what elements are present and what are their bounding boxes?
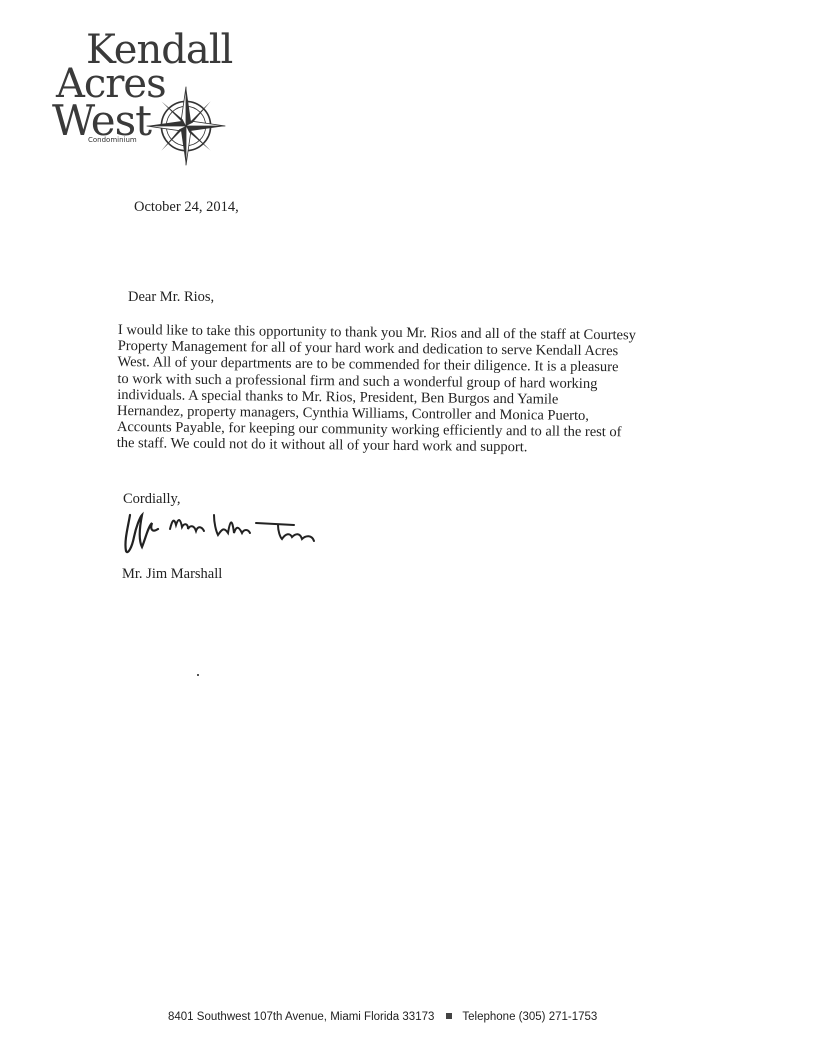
letter-page: Kendall Acres West Condominium October 2… <box>0 0 816 1056</box>
footer-telephone: Telephone (305) 271-1753 <box>462 1011 597 1023</box>
footer-address: 8401 Southwest 107th Avenue, Miami Flori… <box>168 1011 434 1023</box>
letterhead-logo: Kendall Acres West Condominium <box>50 30 230 160</box>
letter-date: October 24, 2014, <box>134 199 239 216</box>
handwritten-signature-icon <box>118 507 328 557</box>
compass-rose-icon <box>145 85 227 167</box>
footer: 8401 Southwest 107th Avenue, Miami Flori… <box>168 1011 597 1023</box>
letter-body: I would like to take this opportunity to… <box>117 322 718 458</box>
scan-speck <box>197 674 199 676</box>
square-bullet-icon <box>446 1013 452 1019</box>
salutation: Dear Mr. Rios, <box>128 289 214 306</box>
signer-name: Mr. Jim Marshall <box>122 566 222 583</box>
logo-subtitle: Condominium <box>88 136 137 144</box>
closing: Cordially, <box>123 491 180 508</box>
